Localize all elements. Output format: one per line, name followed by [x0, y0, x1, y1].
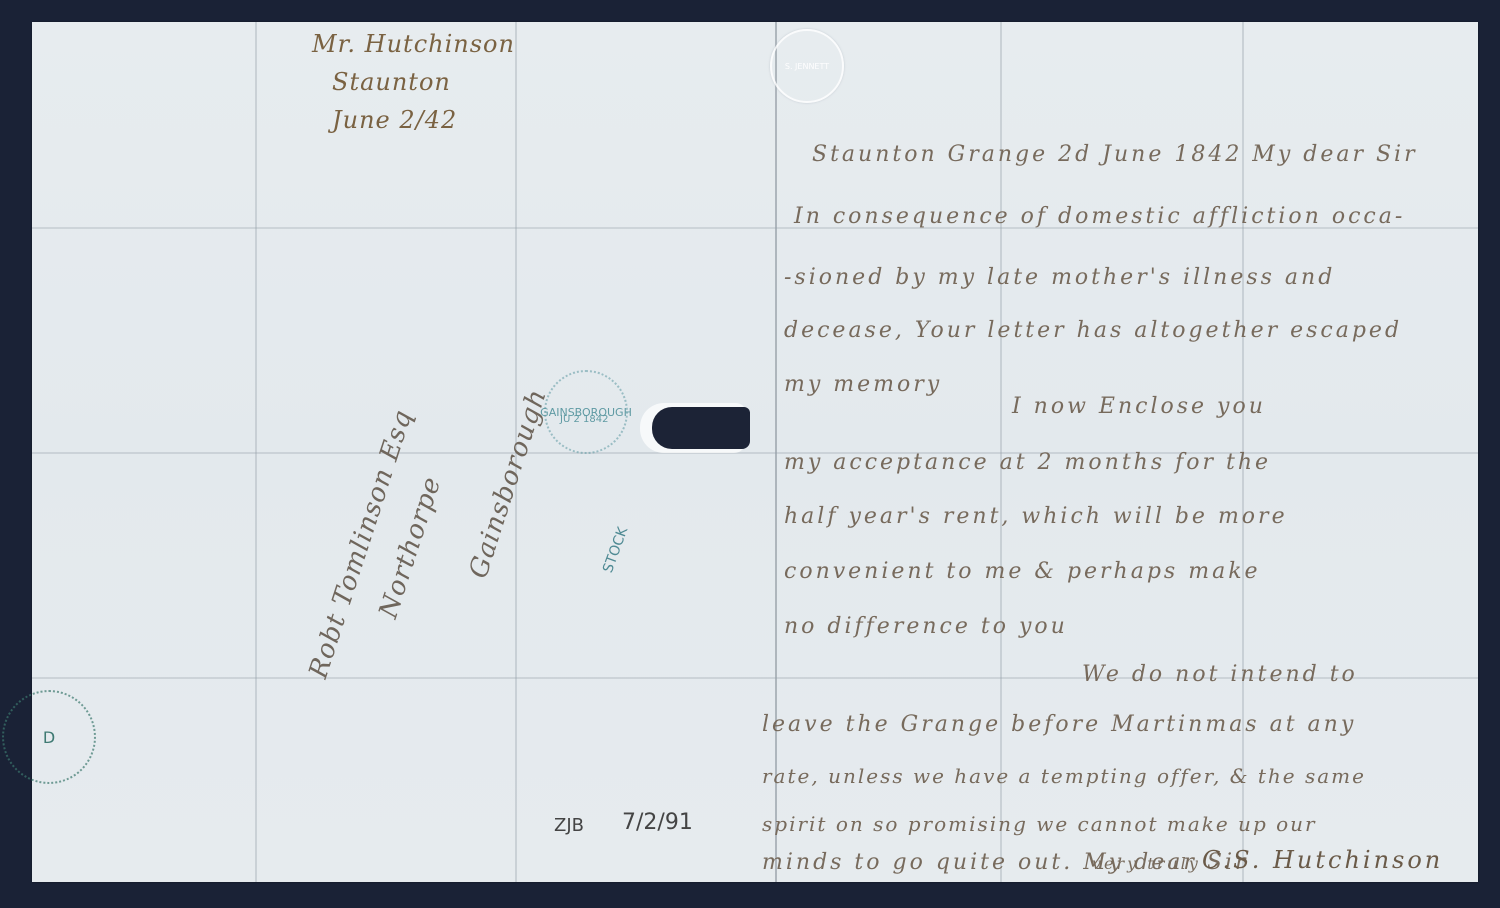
postmark-letter: D: [43, 728, 55, 747]
letter-line: In consequence of domestic affliction oc…: [794, 204, 1405, 229]
letter-sheet: Mr. Hutchinson Staunton June 2/42 Robt T…: [32, 22, 1478, 882]
letter-line: -sioned by my late mother's illness and: [784, 265, 1335, 290]
letter-line: leave the Grange before Martinmas at any: [762, 712, 1356, 737]
endorsement-date: June 2/42: [332, 106, 457, 134]
postmark-date: JU 2 1842: [560, 414, 608, 425]
seal-text: S. JENNETT: [785, 62, 829, 71]
letter-line: decease, Your letter has altogether esca…: [784, 318, 1402, 343]
edge-postmark: D: [2, 690, 96, 784]
letter-signature: C.S. Hutchinson: [1202, 846, 1443, 874]
letter-line: my acceptance at 2 months for the: [784, 450, 1271, 475]
endorsement-place: Staunton: [332, 68, 451, 96]
letter-line: half year's rent, which will be more: [784, 504, 1288, 529]
embossed-stationer-seal: S. JENNETT: [770, 29, 844, 103]
letter-line: rate, unless we have a tempting offer, &…: [762, 764, 1366, 788]
seal-tear: [652, 407, 750, 449]
stock-postmark: STOCK: [600, 525, 631, 575]
pencil-date: 7/2/91: [622, 810, 693, 835]
letter-line: my memory: [784, 372, 942, 397]
letter-line: We do not intend to: [1082, 662, 1358, 687]
letter-line: no difference to you: [784, 614, 1068, 639]
letter-line: I now Enclose you: [1012, 394, 1266, 419]
letter-line: spirit on so promising we cannot make up…: [762, 812, 1317, 836]
gainsborough-postmark: GAINSBOROUGH: [544, 370, 628, 454]
letter-closing: very truly: [1092, 854, 1201, 873]
pencil-initials: ZJB: [554, 815, 584, 836]
letter-line: convenient to me & perhaps make: [784, 559, 1261, 584]
letter-line: Staunton Grange 2d June 1842 My dear Sir: [812, 142, 1418, 167]
endorsement-name: Mr. Hutchinson: [312, 30, 515, 58]
